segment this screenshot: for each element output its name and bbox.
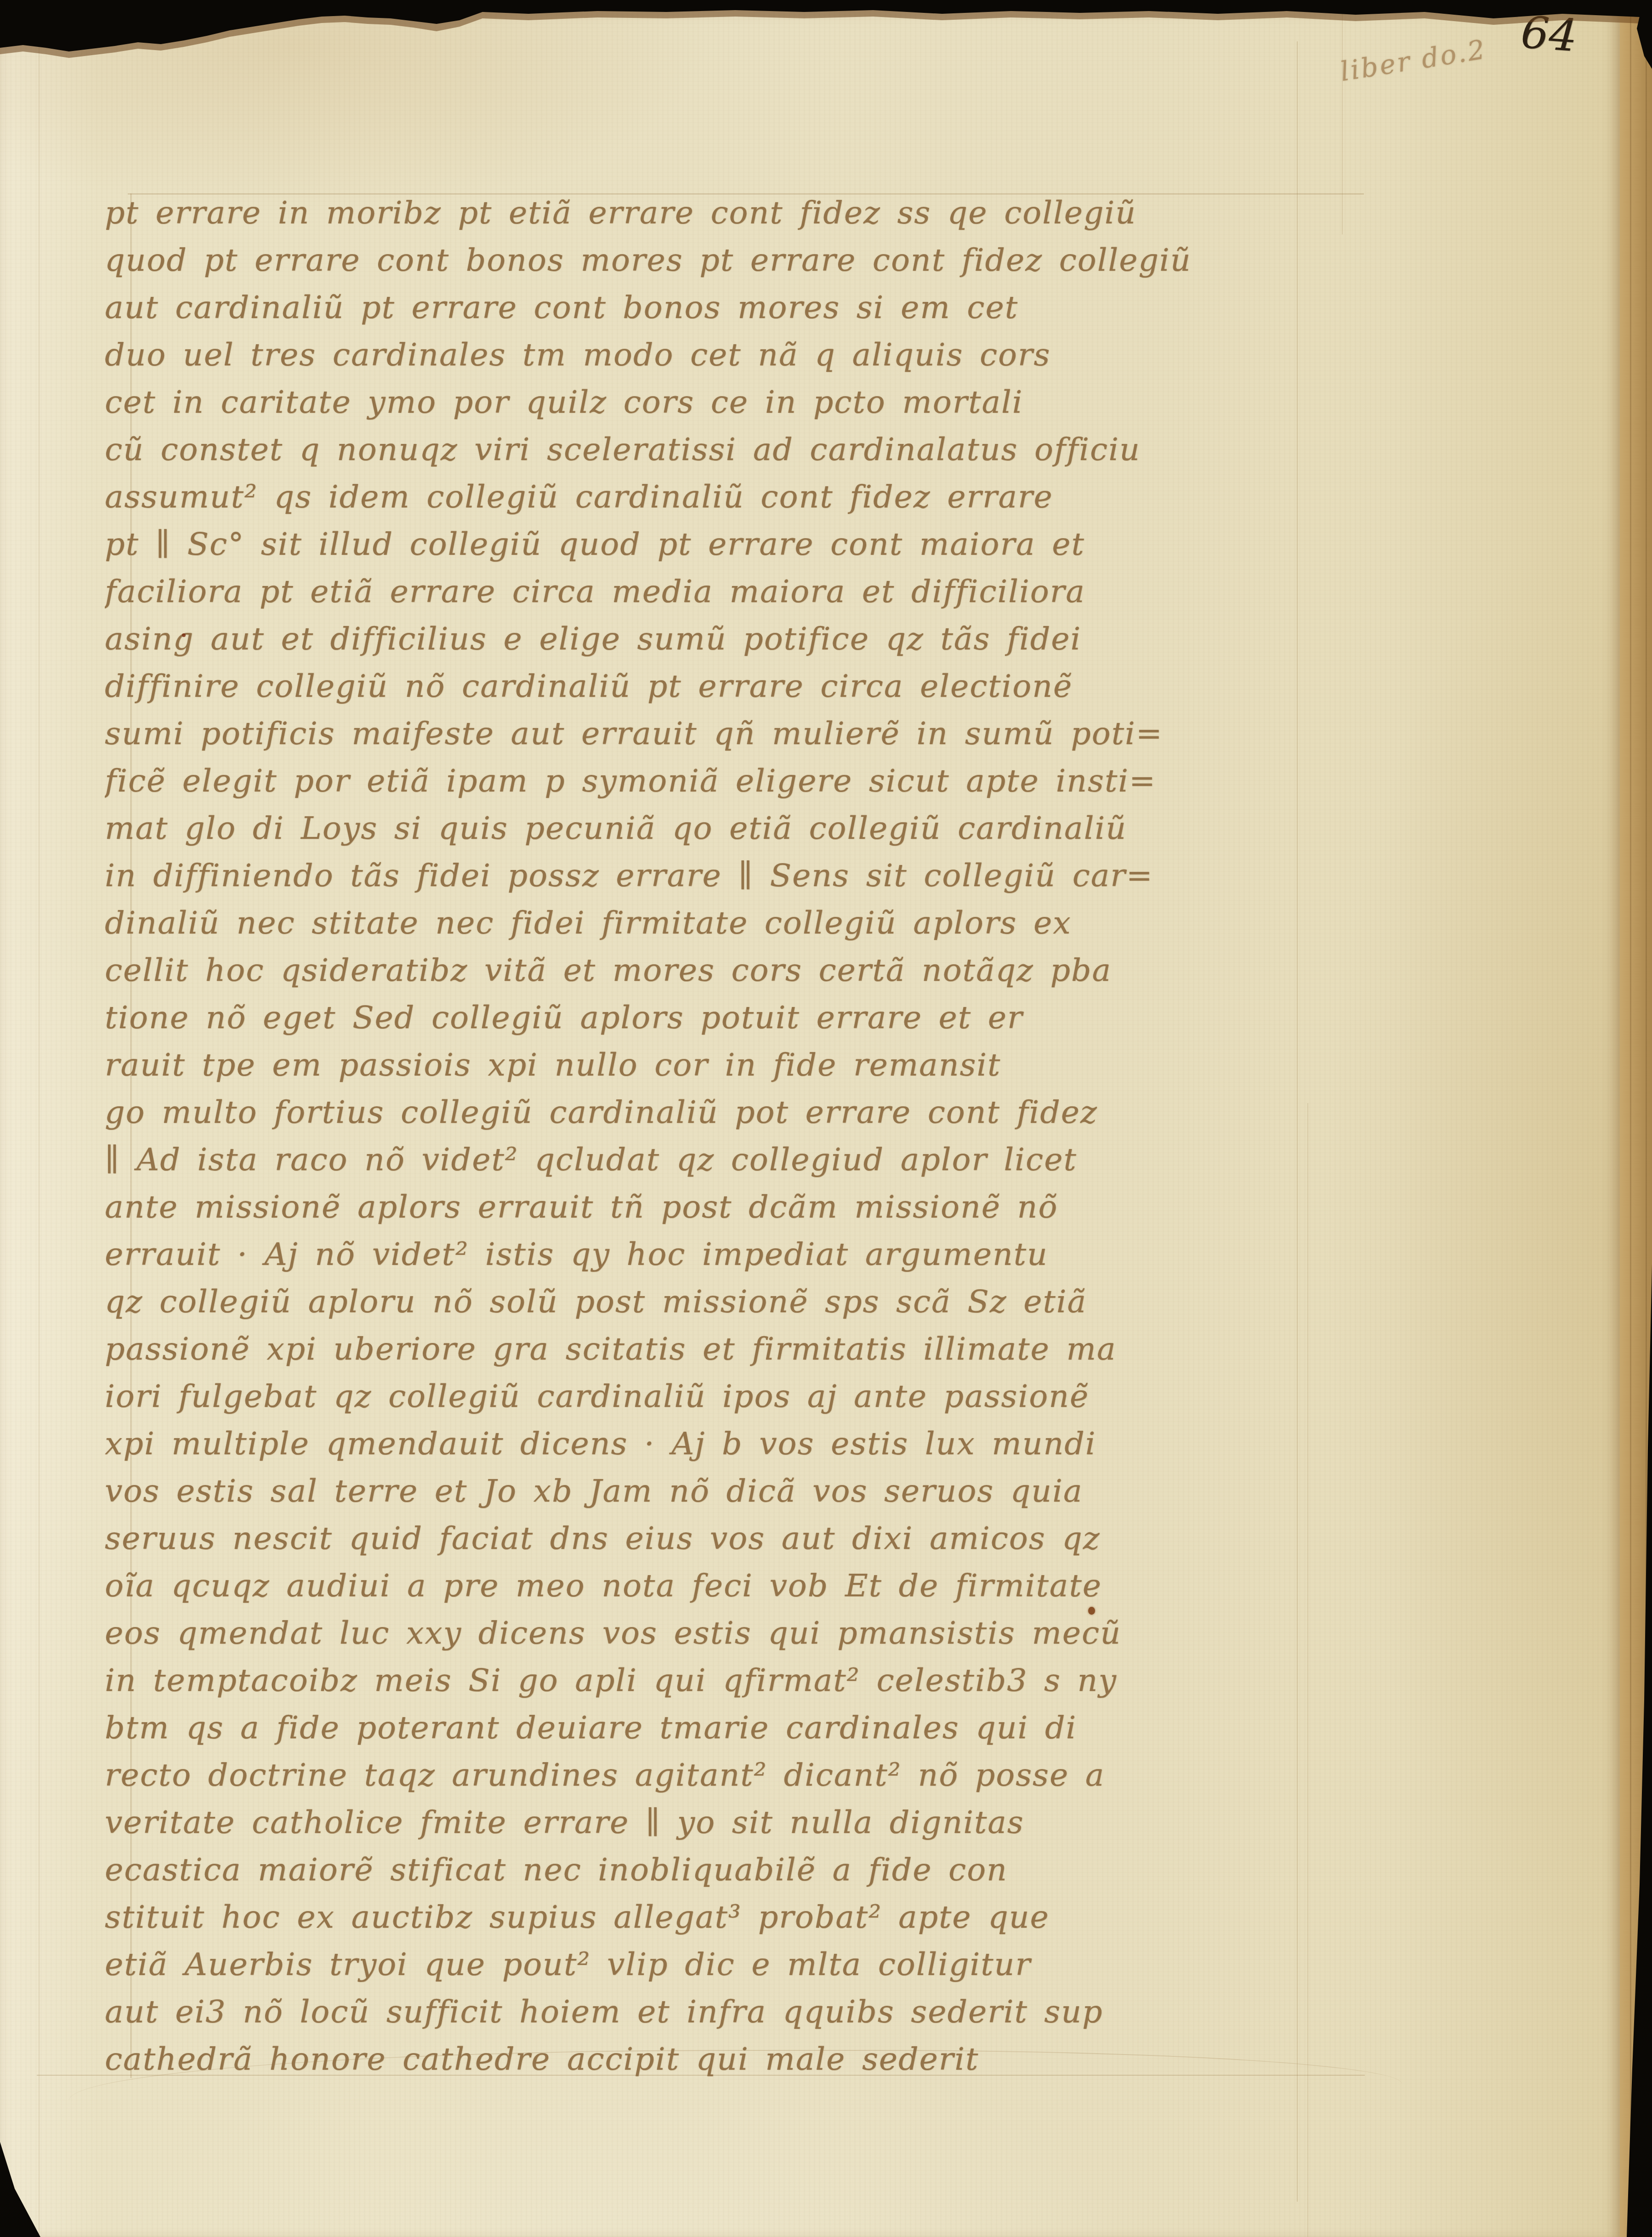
- page-crease-left: [39, 0, 40, 2237]
- manuscript-text-line: cũ constet q nonuqz viri sceleratissi ad…: [105, 426, 1351, 473]
- ink-fleck: [182, 633, 186, 637]
- manuscript-text-line: aut ei3 nõ locũ sufficit hoiem et infra …: [105, 1988, 1351, 2036]
- manuscript-text-line: eos qmendat luc xxy dicens vos estis qui…: [105, 1610, 1351, 1657]
- manuscript-text-line: veritate catholice fmite errare ∥ yo sit…: [105, 1799, 1351, 1846]
- manuscript-text-line: qz collegiũ aploru nõ solũ post missionẽ…: [105, 1278, 1351, 1326]
- manuscript-text-line: vos estis sal terre et Jo xb Jam nõ dicã…: [105, 1468, 1351, 1515]
- manuscript-text-line: quod pt errare cont bonos mores pt errar…: [105, 237, 1351, 284]
- manuscript-text-line: dinaliũ nec stitate nec fidei firmitate …: [105, 899, 1351, 947]
- manuscript-text-line: in temptacoibz meis Si go apli qui qfirm…: [105, 1657, 1351, 1704]
- manuscript-text-line: mat glo di Loys si quis pecuniã qo etiã …: [105, 805, 1351, 852]
- manuscript-text-line: diffinire collegiũ nõ cardinaliũ pt erra…: [105, 663, 1351, 710]
- manuscript-text-line: recto doctrine taqz arundines agitant² d…: [105, 1752, 1351, 1799]
- manuscript-text-line: iori fulgebat qz collegiũ cardinaliũ ipo…: [105, 1373, 1351, 1420]
- manuscript-text-line: oĩa qcuqz audiui a pre meo nota feci vob…: [105, 1562, 1351, 1610]
- manuscript-text-line: in diffiniendo tãs fidei possz errare ∥ …: [105, 852, 1351, 899]
- manuscript-text-line: stituit hoc ex auctibz supius allegat³ p…: [105, 1894, 1351, 1941]
- manuscript-text-line: rauit tpe em passiois xpi nullo cor in f…: [105, 1042, 1351, 1089]
- manuscript-text-line: assumut² qs idem collegiũ cardinaliũ con…: [105, 473, 1351, 521]
- manuscript-text-line: ∥ Ad ista raco nõ videt² qcludat qz coll…: [105, 1136, 1351, 1184]
- manuscript-text-line: passionẽ xpi uberiore gra scitatis et fi…: [105, 1326, 1351, 1373]
- manuscript-text-line: errauit · Aj nõ videt² istis qy hoc impe…: [105, 1231, 1351, 1278]
- rust-stain: [1088, 1607, 1095, 1615]
- manuscript-text-line: pt errare in moribz pt etiã errare cont …: [105, 189, 1351, 237]
- manuscript-text-line: etiã Auerbis tryoi que pout² vlip dic e …: [105, 1941, 1351, 1988]
- manuscript-page: liber do.2 64 pt errare in moribz pt eti…: [0, 0, 1620, 2237]
- manuscript-text-line: ante missionẽ aplors errauit tñ post dcã…: [105, 1184, 1351, 1231]
- manuscript-text-line: btm qs a fide poterant deuiare tmarie ca…: [105, 1704, 1351, 1752]
- folio-number: 64: [1519, 6, 1579, 62]
- manuscript-text-line: cellit hoc qsideratibz vitã et mores cor…: [105, 947, 1351, 994]
- manuscript-text-line: faciliora pt etiã errare circa media mai…: [105, 568, 1351, 615]
- manuscript-text-line: ficẽ elegit por etiã ipam p symoniã elig…: [105, 757, 1351, 805]
- manuscript-text-line: xpi multiple qmendauit dicens · Aj b vos…: [105, 1420, 1351, 1468]
- text-block: pt errare in moribz pt etiã errare cont …: [105, 189, 1351, 2083]
- manuscript-text-line: duo uel tres cardinales tm modo cet nã q…: [105, 331, 1351, 379]
- manuscript-text-line: cet in caritate ymo por quilz cors ce in…: [105, 379, 1351, 426]
- manuscript-text-line: seruus nescit quid faciat dns eius vos a…: [105, 1515, 1351, 1562]
- manuscript-text-line: ecastica maiorẽ stificat nec inobliquabi…: [105, 1846, 1351, 1894]
- manuscript-text-line: asing aut et difficilius e elige sumũ po…: [105, 615, 1351, 663]
- manuscript-text-line: go multo fortius collegiũ cardinaliũ pot…: [105, 1089, 1351, 1136]
- manuscript-text-line: tione nõ eget Sed collegiũ aplors potuit…: [105, 994, 1351, 1042]
- manuscript-scan: liber do.2 64 pt errare in moribz pt eti…: [0, 0, 1652, 2237]
- manuscript-text-line: sumi potificis maifeste aut errauit qñ m…: [105, 710, 1351, 757]
- manuscript-text-line: cathedrã honore cathedre accipit qui mal…: [105, 2036, 1351, 2083]
- header-annotation: liber do.2: [1338, 32, 1497, 87]
- manuscript-text-line: aut cardinaliũ pt errare cont bonos more…: [105, 284, 1351, 331]
- manuscript-text-line: pt ∥ Sc° sit illud collegiũ quod pt erra…: [105, 521, 1351, 568]
